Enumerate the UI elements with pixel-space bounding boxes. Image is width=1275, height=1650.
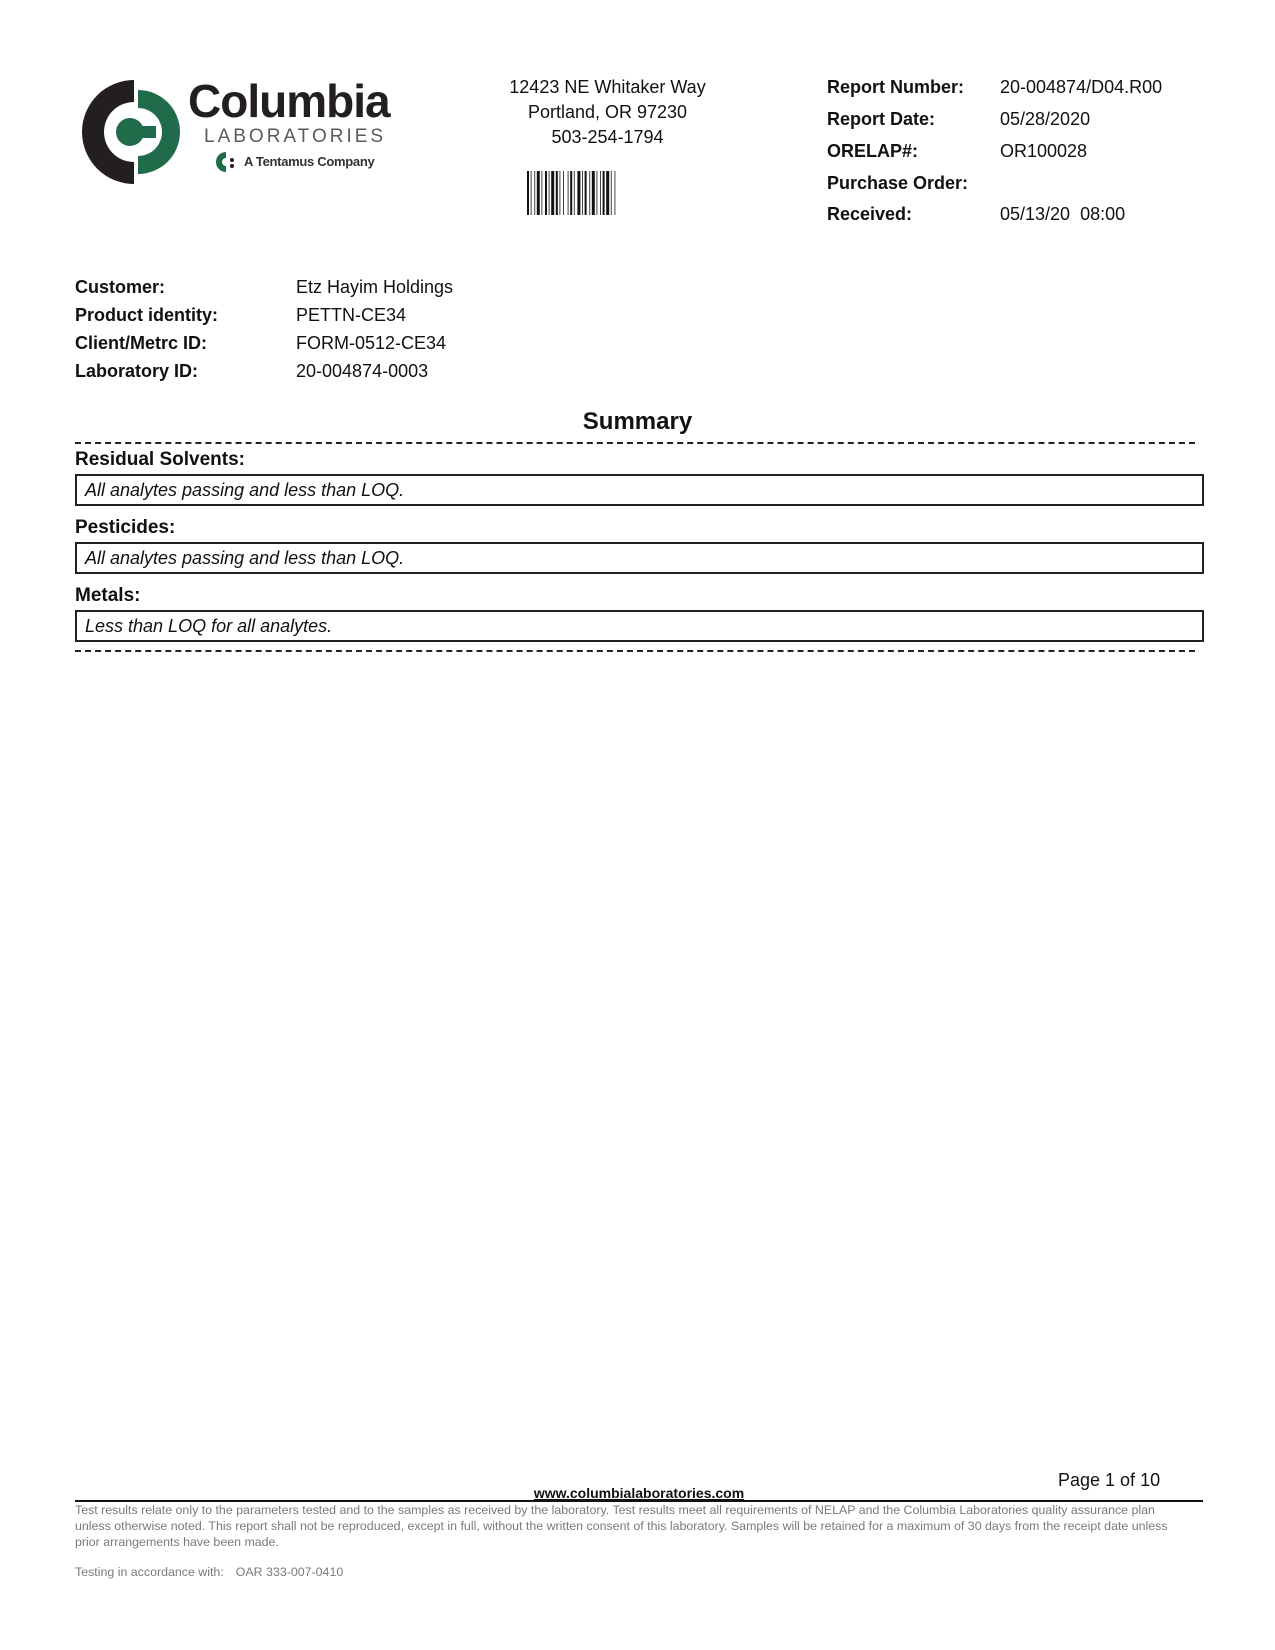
disclaimer-line: Test results relate only to the paramete… — [75, 1502, 1215, 1518]
client-metrc-id-label: Client/Metrc ID: — [75, 333, 207, 354]
testing-standard: Testing in accordance with:OAR 333-007-0… — [75, 1565, 343, 1579]
summary-bottom-divider — [75, 650, 1195, 652]
pesticides-label: Pesticides: — [75, 517, 175, 539]
residual-solvents-label: Residual Solvents: — [75, 449, 245, 471]
brand-subtitle: LABORATORIES — [204, 126, 386, 148]
tentamus-leaf-icon — [214, 150, 238, 174]
metals-label: Metals: — [75, 585, 140, 607]
report-number-value: 20-004874/D04.R00 — [1000, 77, 1162, 98]
pesticides-result: All analytes passing and less than LOQ. — [85, 548, 404, 569]
orelap-value: OR100028 — [1000, 141, 1087, 162]
report-date-label: Report Date: — [827, 109, 935, 130]
website-link[interactable]: www.columbialaboratories.com — [0, 1485, 1275, 1501]
summary-title: Summary — [0, 408, 1275, 436]
laboratory-id-label: Laboratory ID: — [75, 361, 198, 382]
metals-result: Less than LOQ for all analytes. — [85, 616, 332, 637]
product-identity-value: PETTN-CE34 — [296, 305, 406, 326]
residual-solvents-result: All analytes passing and less than LOQ. — [85, 480, 404, 501]
summary-top-divider — [75, 442, 1195, 444]
customer-value: Etz Hayim Holdings — [296, 277, 453, 298]
received-label: Received: — [827, 204, 912, 225]
address-street: 12423 NE Whitaker Way — [470, 77, 745, 98]
testing-label: Testing in accordance with: — [75, 1565, 224, 1579]
metals-result-box: Less than LOQ for all analytes. — [75, 610, 1204, 642]
address-city: Portland, OR 97230 — [470, 102, 745, 123]
disclaimer: Test results relate only to the paramete… — [75, 1502, 1215, 1550]
disclaimer-line: prior arrangements have been made. — [75, 1534, 1215, 1550]
barcode-icon — [527, 171, 669, 215]
disclaimer-line: unless otherwise noted. This report shal… — [75, 1518, 1215, 1534]
laboratory-id-value: 20-004874-0003 — [296, 361, 428, 382]
residual-solvents-result-box: All analytes passing and less than LOQ. — [75, 474, 1204, 506]
report-number-label: Report Number: — [827, 77, 964, 98]
columbia-logo-icon — [78, 76, 190, 188]
received-value: 05/13/20 08:00 — [1000, 204, 1125, 225]
orelap-label: ORELAP#: — [827, 141, 918, 162]
pesticides-result-box: All analytes passing and less than LOQ. — [75, 542, 1204, 574]
product-identity-label: Product identity: — [75, 305, 218, 326]
testing-value: OAR 333-007-0410 — [236, 1565, 343, 1579]
brand-name: Columbia — [188, 74, 390, 128]
client-metrc-id-value: FORM-0512-CE34 — [296, 333, 446, 354]
purchase-order-label: Purchase Order: — [827, 173, 968, 194]
customer-label: Customer: — [75, 277, 165, 298]
brand-tagline: A Tentamus Company — [244, 154, 374, 169]
address-phone: 503-254-1794 — [470, 127, 745, 148]
report-date-value: 05/28/2020 — [1000, 109, 1090, 130]
